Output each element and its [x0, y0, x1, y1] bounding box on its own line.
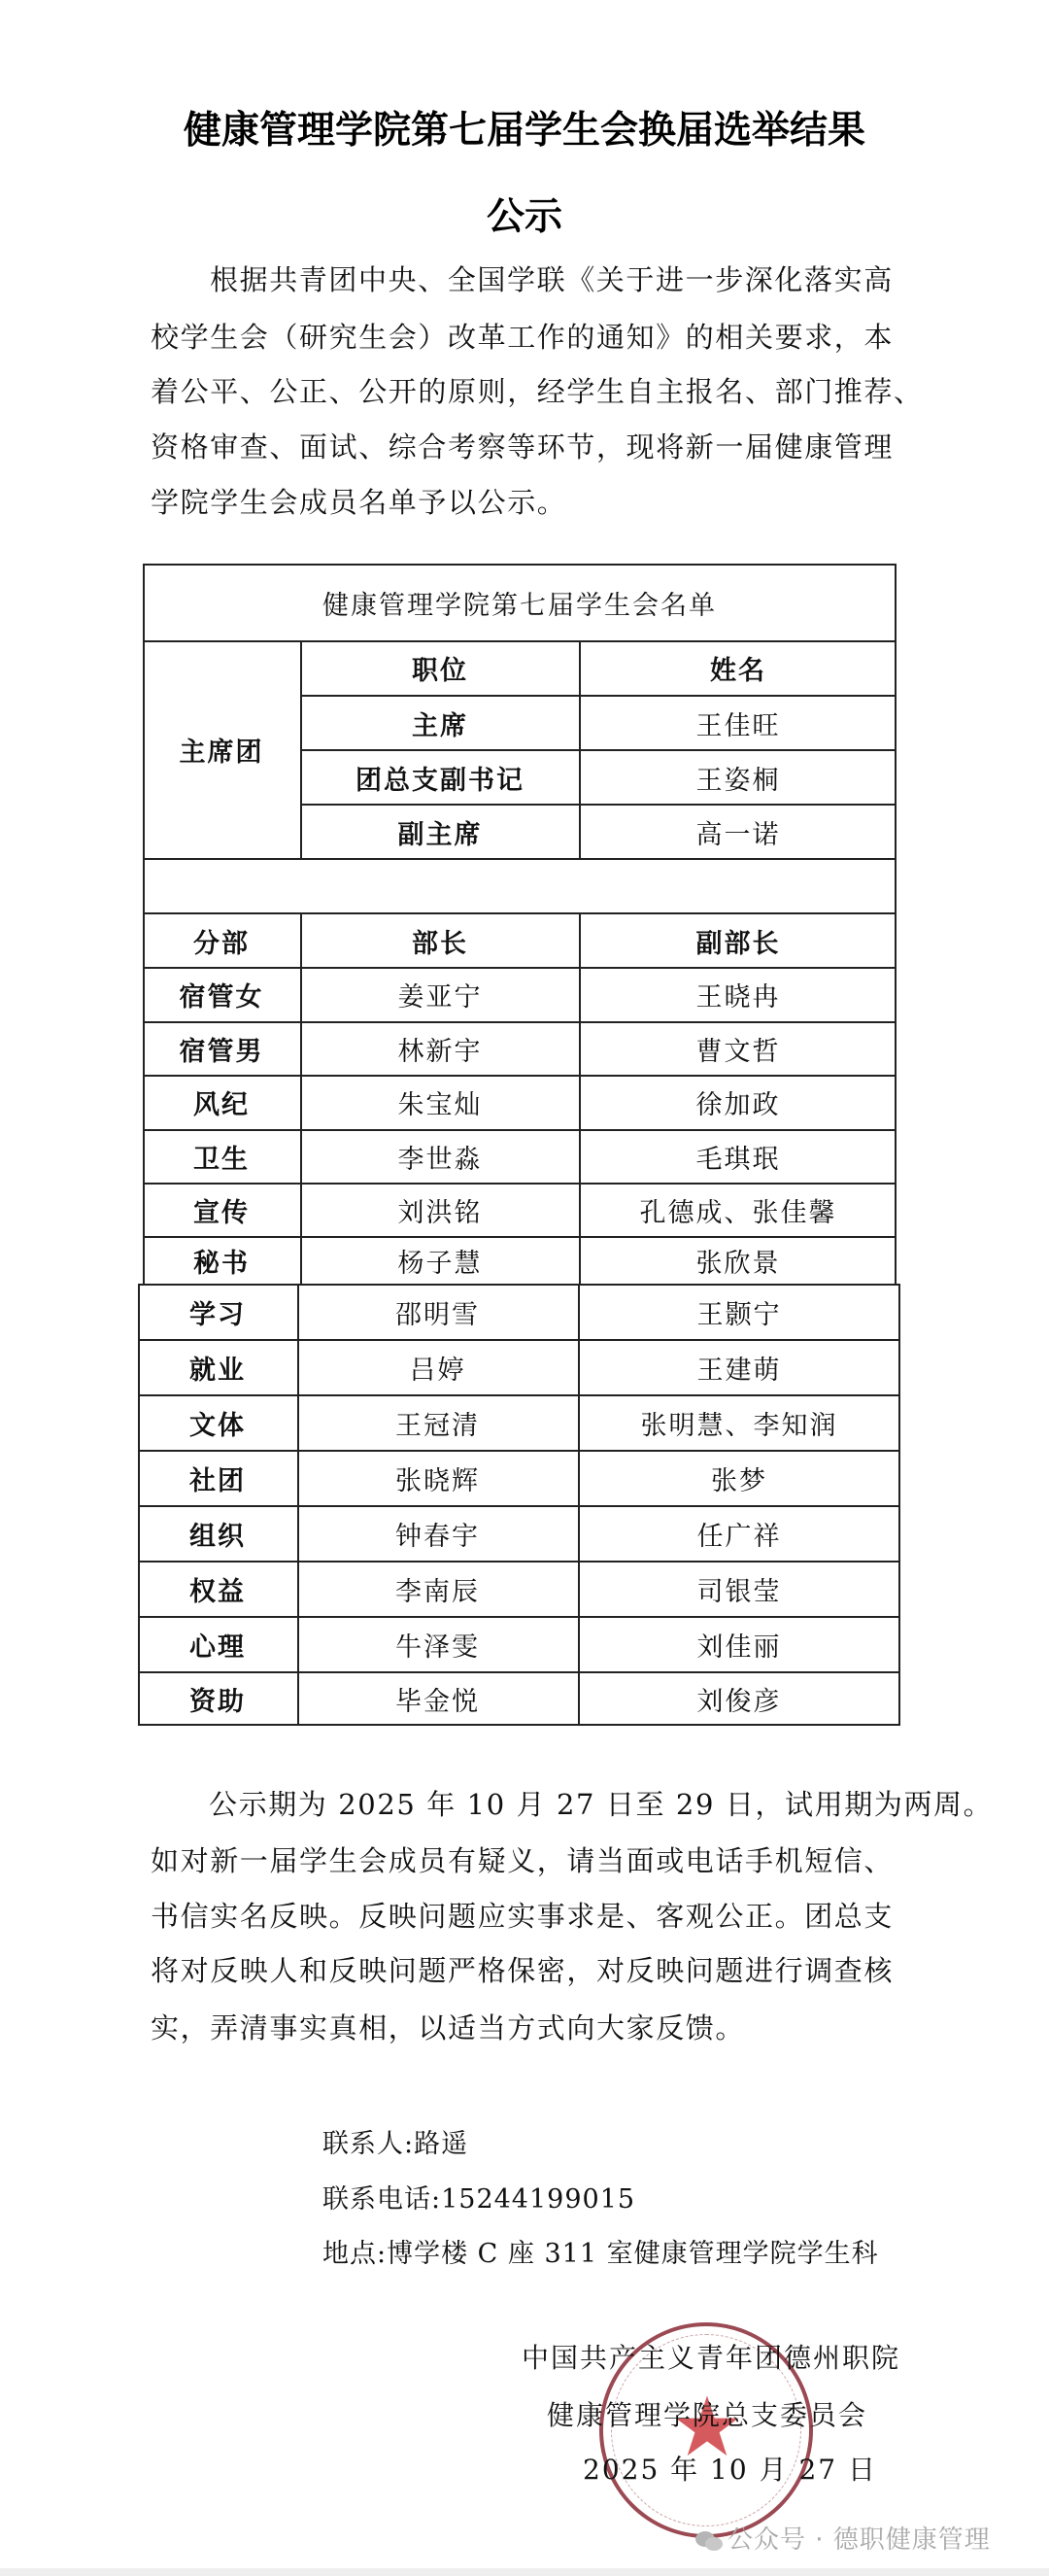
dept-head: 朱宝灿	[300, 1076, 580, 1129]
dept-name: 就业	[138, 1340, 297, 1394]
dept-deputy: 王晓冉	[580, 968, 897, 1021]
intro-line: 学院学生会成员名单予以公示。	[151, 486, 566, 519]
dept-deputy: 孔德成、张佳馨	[580, 1184, 897, 1237]
contact-location: 地点:博学楼 C 座 311 室健康管理学院学生科	[322, 2232, 879, 2270]
notice-line: 书信实名反映。反映问题应实事求是、客观公正。团总支	[151, 1900, 894, 1933]
dept-deputy: 王颢宁	[578, 1285, 900, 1339]
notice-line: 实，弄清事实真相，以适当方式向大家反馈。	[151, 2011, 745, 2044]
signature-org-line1: 中国共产主义青年团德州职院	[522, 2337, 900, 2376]
dept-deputy: 任广祥	[578, 1506, 900, 1561]
dept-name: 社团	[138, 1451, 297, 1505]
watermark-text: 公众号 · 德职健康管理	[728, 2525, 991, 2555]
dept-name: 秘书	[143, 1237, 300, 1285]
contact-person: 联系人:路遥	[322, 2122, 468, 2160]
header-position: 职位	[300, 640, 580, 696]
dept-name: 宣传	[143, 1184, 300, 1237]
dept-deputy: 刘佳丽	[578, 1617, 900, 1671]
dept-deputy: 徐加政	[580, 1076, 897, 1129]
dept-head: 吕婷	[297, 1340, 578, 1394]
dept-name: 风纪	[143, 1076, 300, 1129]
dept-name: 心理	[138, 1617, 297, 1671]
dept-head: 林新宇	[300, 1022, 580, 1076]
presidium-position: 主席	[300, 696, 580, 750]
dept-deputy: 王建萌	[578, 1340, 900, 1394]
presidium-group-label: 主席团	[143, 640, 300, 859]
dept-name: 卫生	[143, 1130, 300, 1184]
presidium-position: 副主席	[300, 805, 580, 859]
dept-head: 王冠清	[297, 1395, 578, 1450]
header-name: 姓名	[580, 640, 897, 696]
watermark: 公众号 · 德职健康管理	[694, 2520, 991, 2556]
dept-deputy: 张梦	[578, 1451, 900, 1505]
dept-head: 杨子慧	[300, 1237, 580, 1285]
dept-deputy: 刘俊彦	[578, 1672, 900, 1726]
intro-line: 校学生会（研究生会）改革工作的通知》的相关要求，本	[151, 321, 894, 354]
dept-head: 张晓辉	[297, 1451, 578, 1505]
dept-head: 姜亚宁	[300, 968, 580, 1021]
dept-head: 毕金悦	[297, 1672, 578, 1726]
signature-org-line2: 健康管理学院总支委员会	[547, 2394, 867, 2433]
document-title: 健康管理学院第七届学生会换届选举结果	[0, 100, 1049, 155]
dept-name: 文体	[138, 1395, 297, 1450]
notice-line: 如对新一届学生会成员有疑义，请当面或电话手机短信、	[151, 1844, 894, 1877]
notice-line: 公示期为 2025 年 10 月 27 日至 29 日，试用期为两周。	[209, 1788, 993, 1821]
notice-line: 将对反映人和反映问题严格保密，对反映问题进行调查核	[151, 1954, 894, 1987]
dept-head: 邵明雪	[297, 1285, 578, 1339]
divider	[143, 858, 897, 860]
dept-head: 李世淼	[300, 1130, 580, 1184]
dept-head: 钟春宇	[297, 1506, 578, 1561]
document-subtitle: 公示	[0, 187, 1049, 241]
table-caption: 健康管理学院第七届学生会名单	[143, 564, 897, 641]
dept-head: 牛泽雯	[297, 1617, 578, 1671]
contact-phone: 联系电话:15244199015	[322, 2178, 635, 2215]
dept-deputy: 司银莹	[578, 1562, 900, 1616]
presidium-name: 王姿桐	[580, 750, 897, 805]
presidium-name: 王佳旺	[580, 696, 897, 750]
signature-date: 2025 年 10 月 27 日	[583, 2449, 877, 2488]
header-deputy: 副部长	[580, 913, 897, 968]
presidium-position: 团总支副书记	[300, 750, 580, 805]
dept-name: 权益	[138, 1562, 297, 1616]
wechat-icon	[694, 2529, 724, 2553]
dept-deputy: 毛琪珉	[580, 1130, 897, 1184]
presidium-name: 高一诺	[580, 805, 897, 859]
dept-deputy: 张欣景	[580, 1237, 897, 1285]
dept-name: 组织	[138, 1506, 297, 1561]
dept-name: 学习	[138, 1285, 297, 1339]
dept-name: 资助	[138, 1672, 297, 1726]
dept-name: 宿管女	[143, 968, 300, 1021]
intro-line: 根据共青团中央、全国学联《关于进一步深化落实高	[210, 263, 894, 296]
intro-line: 资格审查、面试、综合考察等环节，现将新一届健康管理	[151, 430, 894, 464]
intro-line: 着公平、公正、公开的原则，经学生自主报名、部门推荐、	[151, 375, 924, 408]
dept-name: 宿管男	[143, 1022, 300, 1076]
header-head: 部长	[300, 913, 580, 968]
dept-deputy: 曹文哲	[580, 1022, 897, 1076]
dept-deputy: 张明慧、李知润	[578, 1395, 900, 1450]
dept-head: 李南辰	[297, 1562, 578, 1616]
header-department: 分部	[143, 913, 300, 968]
dept-head: 刘洪铭	[300, 1184, 580, 1237]
bottom-bar	[0, 2568, 1049, 2576]
